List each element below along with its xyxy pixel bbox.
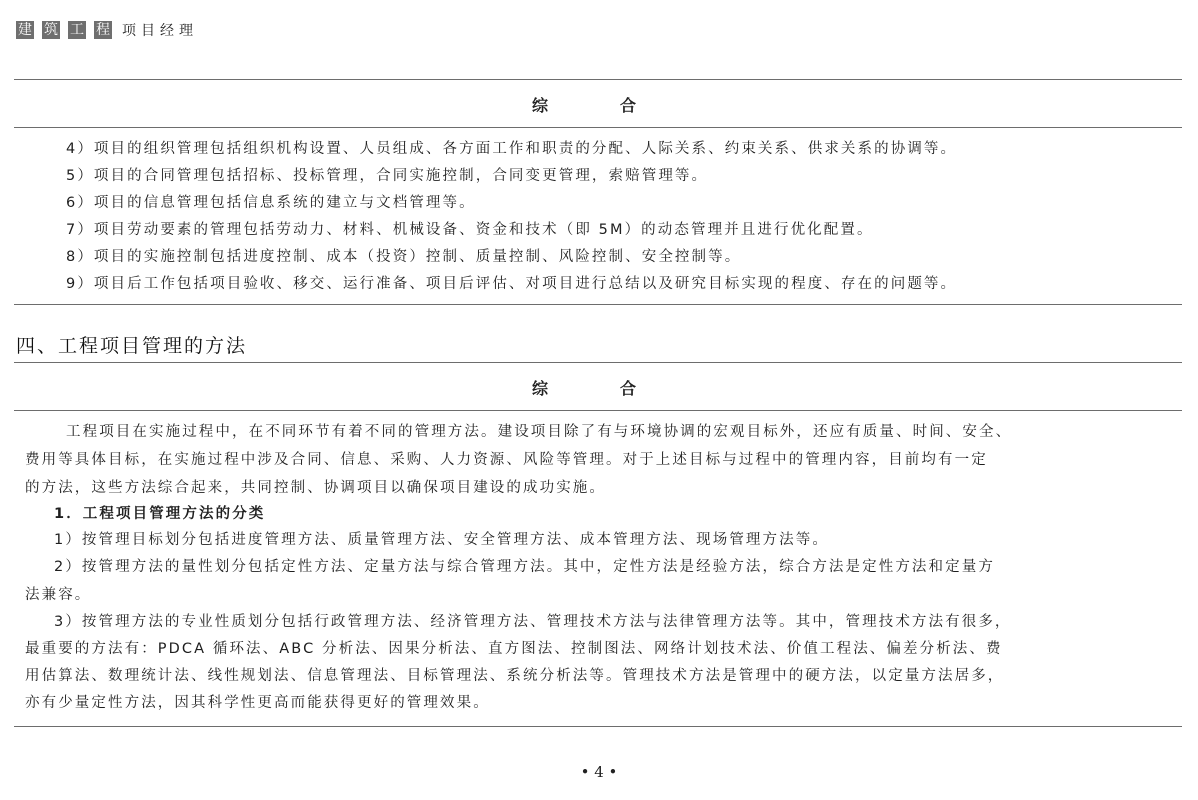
box2-paragraph-line: 3）按管理方法的专业性质划分包括行政管理方法、经济管理方法、管理技术方法与法律管… <box>54 610 1012 631</box>
box1-item: 6）项目的信息管理包括信息系统的建立与文档管理等。 <box>66 191 476 212</box>
box1-item: 8）项目的实施控制包括进度控制、成本（投资）控制、质量控制、风险控制、安全控制等… <box>66 245 741 266</box>
box2-paragraph-line: 2）按管理方法的量性划分包括定性方法、定量方法与综合管理方法。其中，定性方法是经… <box>54 555 995 576</box>
box1-bottom-rule <box>14 304 1182 305</box>
box2-top-rule <box>14 362 1182 363</box>
page-number: • 4 • <box>0 763 1198 781</box>
running-header: 建 筑 工 程 项目经理 <box>16 20 198 40</box>
box1-title-rule <box>14 127 1182 128</box>
box1-item: 5）项目的合同管理包括招标、投标管理，合同实施控制，合同变更管理，索赔管理等。 <box>66 164 708 185</box>
header-boxed-char: 筑 <box>42 21 60 39</box>
box2-paragraph-line: 亦有少量定性方法，因其科学性更高而能获得更好的管理效果。 <box>25 691 490 712</box>
box2-paragraph-line: 1）按管理目标划分包括进度管理方法、质量管理方法、安全管理方法、成本管理方法、现… <box>54 528 829 549</box>
header-boxed-char: 程 <box>94 21 112 39</box>
box2-title: 综 合 <box>14 376 1182 399</box>
box1-item: 4）项目的组织管理包括组织机构设置、人员组成、各方面工作和职责的分配、人际关系、… <box>66 137 957 158</box>
box2-paragraph-line: 费用等具体目标，在实施过程中涉及合同、信息、采购、人力资源、风险等管理。对于上述… <box>25 448 988 469</box>
box2-bottom-rule <box>14 726 1182 727</box>
box2-subheading: 1．工程项目管理方法的分类 <box>54 502 265 523</box>
box2-paragraph-line: 工程项目在实施过程中，在不同环节有着不同的管理方法。建设项目除了有与环境协调的宏… <box>66 420 1012 441</box>
header-boxed-char: 建 <box>16 21 34 39</box>
section-heading: 四、工程项目管理的方法 <box>16 331 247 358</box>
box2-paragraph-line: 法兼容。 <box>25 583 91 604</box>
header-boxed-char: 工 <box>68 21 86 39</box>
box2-paragraph-line: 用估算法、数理统计法、线性规划法、信息管理法、目标管理法、系统分析法等。管理技术… <box>25 664 1004 685</box>
header-subtitle: 项目经理 <box>122 20 198 40</box>
box2-title-rule <box>14 410 1182 411</box>
box1-title: 综 合 <box>14 93 1182 116</box>
box1-item: 7）项目劳动要素的管理包括劳动力、材料、机械设备、资金和技术（即 5M）的动态管… <box>66 218 874 239</box>
box2-paragraph-line: 最重要的方法有：PDCA 循环法、ABC 分析法、因果分析法、直方图法、控制图法… <box>25 637 1003 658</box>
box2-paragraph-line: 的方法，这些方法综合起来，共同控制、协调项目以确保项目建设的成功实施。 <box>25 476 606 497</box>
box1-top-rule <box>14 79 1182 80</box>
box1-item: 9）项目后工作包括项目验收、移交、运行准备、项目后评估、对项目进行总结以及研究目… <box>66 272 957 293</box>
